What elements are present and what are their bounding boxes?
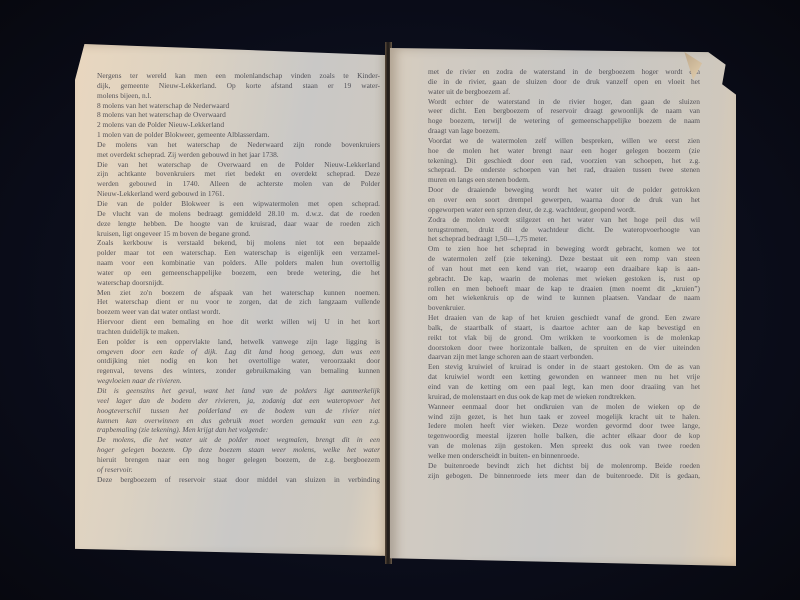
text-line: Die van het waterschap de Overwaard en d… xyxy=(97,160,380,170)
text-line: terugstromen, drukt dit de wachtdeur dic… xyxy=(428,225,700,235)
text-line: De vlucht van de molens bedraagt gemidde… xyxy=(97,209,380,219)
text-line: met overdekt scheprad. Zij werden gebouw… xyxy=(97,150,380,160)
text-line: draagt van lage boezem. xyxy=(428,126,700,136)
text-line: Wordt echter de waterstand in de rivier … xyxy=(428,97,700,107)
text-line: doorstoken door twee horizontale balken,… xyxy=(428,343,700,353)
text-line: het scheprad bedraagt 1,50—1,75 meter. xyxy=(428,234,700,244)
text-line: Iedere molen heeft vier wieken. Deze wor… xyxy=(428,421,700,431)
text-line: Een stevig kruiwiel of kruirad is onder … xyxy=(428,362,700,372)
text-line: eind van de ketting om een paal legt, ka… xyxy=(428,382,700,392)
text-line: Voordat we de watermolen zelf willen bes… xyxy=(428,136,700,146)
text-line: Dit is geenszins het geval, want het lan… xyxy=(97,386,380,396)
text-line: regenval, tevens des winters, zonder geb… xyxy=(97,366,380,376)
text-line: wind zijn gezet, is het hun taak er zove… xyxy=(428,412,700,422)
text-line: of van hout met een kend van riet, waaro… xyxy=(428,264,700,274)
text-line: waterschap doorsnijdt. xyxy=(97,278,380,288)
text-line: balk, de staartbalk of staart, is daarto… xyxy=(428,323,700,333)
text-line: ontdijking niet nodig en kon het overtol… xyxy=(97,356,380,366)
text-line: met de rivier en zodra de waterstand in … xyxy=(428,67,700,77)
text-line: 8 molens van het waterschap de Overwaard xyxy=(97,110,380,120)
text-line: die in de rivier, gaan de sluizen door d… xyxy=(428,77,700,87)
text-line: opgeworpen water een sprzen deur, de z.g… xyxy=(428,205,700,215)
text-line: molens bijeen, n.l. xyxy=(97,91,380,101)
text-line: naam voor een kombinatie van polders. Al… xyxy=(97,258,380,268)
text-line: dijk, gemeente Nieuw-Lekkerland. Op kort… xyxy=(97,81,380,91)
text-line: Men ziet zo'n boezem de afspaak van het … xyxy=(97,288,380,298)
text-line: kruirad, de molenstaart en dus ook de ka… xyxy=(428,392,700,402)
text-line: veel lager dan de bodem der rivieren, ja… xyxy=(97,396,380,406)
text-line: trapbemaling (zie tekening). Men krijgt … xyxy=(97,425,380,435)
text-line: Om te zien hoe het scheprad in beweging … xyxy=(428,244,700,254)
left-page-text: Nergens ter wereld kan men een molenland… xyxy=(97,71,380,484)
text-line: Het waterschap dient er nu voor te zorge… xyxy=(97,297,380,307)
text-line: daarvan zijn met lange schoren aan de st… xyxy=(428,352,700,362)
text-line: gebracht. De kap, waarin de molenas met … xyxy=(428,274,700,284)
text-line: weer dicht. Een bergboezem of reservoir … xyxy=(428,106,700,116)
text-line: 8 molens van het waterschap de Nederwaar… xyxy=(97,101,380,111)
left-page: Nergens ter wereld kan men een molenland… xyxy=(75,44,390,556)
text-line: kunnen kan overwinnen en dus gebruik moe… xyxy=(97,416,380,426)
text-line: Door de draaiende beweging wordt het wat… xyxy=(428,185,700,195)
text-line: welke men onderscheidt in buiten- en bin… xyxy=(428,451,700,461)
text-line: De buitenroede bevindt zich het dichtst … xyxy=(428,461,700,471)
text-line: zijn gebogen. De binnenroede iets meer d… xyxy=(428,471,700,481)
text-line: deze lengte hebben. De hoogte van de kru… xyxy=(97,219,380,229)
text-line: bovenkruier. xyxy=(428,303,700,313)
text-line: dat kruiwiel wordt een ketting gewonden … xyxy=(428,372,700,382)
text-line: 2 molens van de Polder Nieuw-Lekkerland xyxy=(97,120,380,130)
text-line: Zoals kerkbouw is verstaald bekend, bij … xyxy=(97,238,380,248)
text-line: water uit de bergboezem af. xyxy=(428,87,700,97)
text-line: werden gebouwd in 1740. Alleen de achter… xyxy=(97,179,380,189)
text-line: trachten duidelijk te maken. xyxy=(97,327,380,337)
right-page-text: met de rivier en zodra de waterstand in … xyxy=(428,67,700,480)
text-line: Wanneer eenmaal door het ondkruien van d… xyxy=(428,402,700,412)
text-line: Nergens ter wereld kan men een molenland… xyxy=(97,71,380,81)
right-page: met de rivier en zodra de waterstand in … xyxy=(390,48,736,566)
text-line: Een polder is een oppervlakte land, hetw… xyxy=(97,337,380,347)
text-line: de watermolen zelf (zie tekening). Deze … xyxy=(428,254,700,264)
text-line: polder maar tot een waterschap. Een wate… xyxy=(97,248,380,258)
text-line: hoe de molen het water brengt naar een h… xyxy=(428,146,700,156)
text-line: hieruit brengen naar een nog hoger geleg… xyxy=(97,455,380,465)
text-line: Die van de polder Blokweer is een wipwat… xyxy=(97,199,380,209)
text-line: Nieuw-Lekkerland werd gebouwd in 1761. xyxy=(97,189,380,199)
text-line: De molens, die het water uit de polder m… xyxy=(97,435,380,445)
text-line: tegenwoordig meestal ijzeren holle balke… xyxy=(428,431,700,441)
text-line: water op een gemeenschappelijke boezem, … xyxy=(97,268,380,278)
text-line: De molens van het waterschap de Nederwaa… xyxy=(97,140,380,150)
text-line: zijn achtkante bovenkruiers met riet bed… xyxy=(97,169,380,179)
text-line: hoogteverschil tussen het polderland en … xyxy=(97,406,380,416)
text-line: tekening). Dit geschiedt door een rad, v… xyxy=(428,156,700,166)
text-line: boezem weer van dat water ontlast wordt. xyxy=(97,307,380,317)
text-line: kruisen, ligt ongeveer 15 m boven de beg… xyxy=(97,229,380,239)
text-line: en over een soort drempel gewerpen, waar… xyxy=(428,195,700,205)
text-line: Het draaien van de kap of het kruien ges… xyxy=(428,313,700,323)
text-line: om het wiekenkruis op de wind te kunnen … xyxy=(428,293,700,303)
text-line: Deze bergboezem of reservoir staat door … xyxy=(97,475,380,485)
text-line: hoger gelegen boezem. Op deze boezem sta… xyxy=(97,445,380,455)
text-line: omgeven door een kade of dijk. Lag dit l… xyxy=(97,347,380,357)
text-line: Zodra de molen wordt stilgezet en het wa… xyxy=(428,215,700,225)
text-line: scheprad. De onderste schoepen van het r… xyxy=(428,165,700,175)
text-line: Hiervoor dient een bemaling en hoe dit w… xyxy=(97,317,380,327)
photo-background: Nergens ter wereld kan men een molenland… xyxy=(0,0,800,600)
text-line: hoge boezem, terwijl de wetering of geme… xyxy=(428,116,700,126)
text-line: muren en langs een stenen bodem. xyxy=(428,175,700,185)
text-line: of reservoir. xyxy=(97,465,380,475)
text-line: 1 molen van de polder Blokweer, gemeente… xyxy=(97,130,380,140)
text-line: wegvloeien naar de rivieren. xyxy=(97,376,380,386)
text-line: van de molenas zijn gestoken. Men spreek… xyxy=(428,441,700,451)
text-line: reikt tot vlak bij de grond. Om wrikken … xyxy=(428,333,700,343)
text-line: rollen en men behoeft maar de kap te dra… xyxy=(428,284,700,294)
